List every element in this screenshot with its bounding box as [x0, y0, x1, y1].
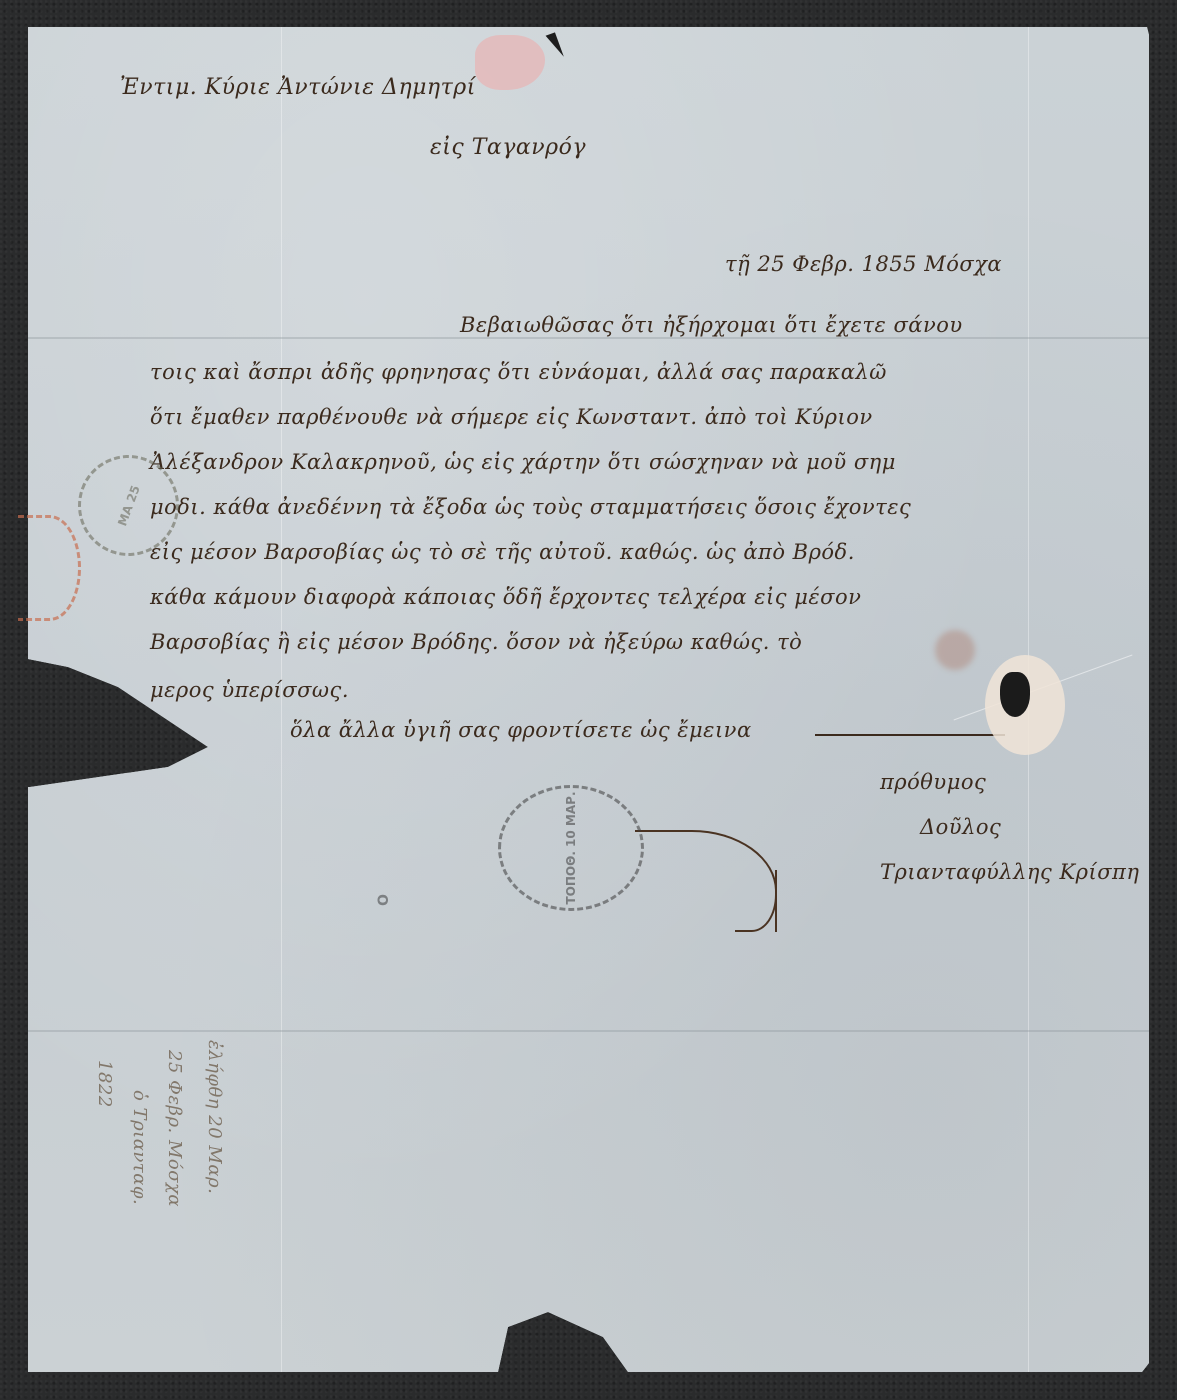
body-line: τοις καὶ ἄσπρι ἀδῆς φρηνησας ὅτι εὑνάομα…: [150, 360, 887, 384]
postmark-faint: O: [364, 886, 404, 914]
margin-note: 1822: [94, 1060, 115, 1108]
ink-stain: [935, 630, 975, 670]
postmark-red: [18, 515, 81, 621]
body-line: Βεβαιωθῶσας ὅτι ἠξήρχομαι ὅτι ἔχετε σάνο…: [460, 313, 963, 337]
fold-line: [28, 337, 1149, 339]
signoff-2: Δοῦλος: [920, 815, 1001, 839]
margin-note: 25 Φεβρ. Μόσχα: [164, 1050, 185, 1207]
dateline: τῇ 25 Φεβρ. 1855 Μόσχα: [725, 252, 1002, 276]
fold-line: [28, 1030, 1149, 1032]
address-line-1: Ἐντιμ. Κύριε Ἀντώνιε Δημητρί: [120, 75, 476, 100]
signature: Τριανταφύλλης Κρίσπη: [880, 860, 1139, 884]
body-line: μερος ὑπερίσσως.: [150, 678, 349, 702]
margin-note: ὁ Τριανταφ.: [129, 1090, 150, 1205]
closing-line: ὅλα ἄλλα ὑγιῆ σας φροντίσετε ὡς ἔμεινα: [290, 718, 752, 742]
body-line: ὅτι ἔμαθεν παρθένουθε νὰ σήμερε εἰς Κωνσ…: [150, 405, 873, 429]
body-line: κάθα κάμουν διαφορὰ κάποιας ὅδῆ ἔρχοντες…: [150, 585, 861, 609]
address-line-2: εἰς Ταγανρόγ: [430, 135, 586, 160]
body-line: Ἀλέξανδρον Καλακρηνοῦ, ὡς εἰς χάρτην ὅτι…: [150, 450, 896, 474]
body-line: εἰς μέσον Βαρσοβίας ὡς τὸ σὲ τῆς αὐτοῦ. …: [150, 540, 855, 564]
signoff-1: πρόθυμος: [880, 770, 986, 794]
body-line: μοδι. κάθα ἀνεδέννη τὰ ἔξοδα ὡς τοὺς στα…: [150, 495, 911, 519]
postmark-oval: ΤΟΠΟΘ. 10 ΜΑΡ.: [498, 785, 644, 911]
body-line: Βαρσοβίας ἢ εἰς μέσον Βρόδης. ὅσον νὰ ἠξ…: [150, 630, 802, 654]
seal-mark: [1000, 672, 1030, 717]
margin-note: ἐλήφθη 20 Μαρ.: [204, 1040, 225, 1194]
closing-underline: [815, 734, 1005, 736]
